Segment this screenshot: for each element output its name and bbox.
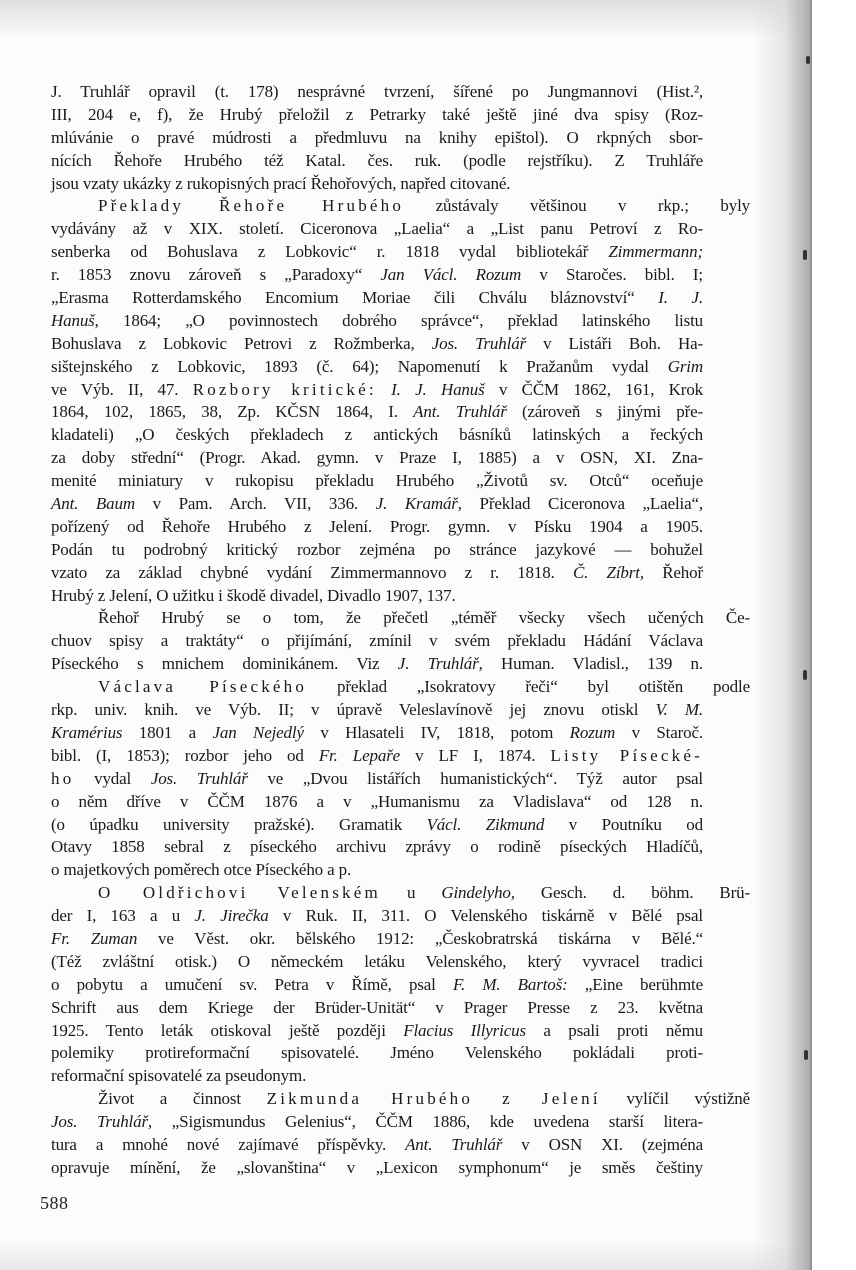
text-line: rkp. univ. knih. ve Výb. II; v úpravě Ve… bbox=[51, 699, 703, 722]
text-line: menité miniatury v rukopisu překladu Hru… bbox=[51, 470, 703, 493]
text-line: kladateli) „O českých překladech z antic… bbox=[51, 424, 703, 447]
text-line: sištejnského z Lobkovic, 1893 (č. 64); N… bbox=[51, 356, 703, 379]
text-segment: kladateli) „O českých překladech z antic… bbox=[51, 425, 703, 444]
text-segment: Píseckého s mnichem dominikánem. Viz bbox=[51, 654, 398, 673]
text-line: Hrubý z Jelení, O užitku i škodě divadel… bbox=[51, 585, 703, 608]
text-line: Schrift aus dem Kriege der Brüder-Unität… bbox=[51, 997, 703, 1020]
text-segment: (zároveň s jinými pře- bbox=[507, 402, 703, 421]
text-line: pořízený od Řehoře Hrubého z Jelení. Pro… bbox=[51, 516, 703, 539]
text-segment: 1925. Tento leták otiskoval ještě pozděj… bbox=[51, 1021, 403, 1040]
text-segment: Human. Vladisl., 139 n. bbox=[483, 654, 703, 673]
italic-citation: Hanuš, bbox=[51, 311, 99, 330]
text-line: opravuje mínění, že „slovanština“ v „Lex… bbox=[51, 1157, 703, 1180]
text-segment: senberka od Bohuslava z Lobkovic“ r. 181… bbox=[51, 242, 608, 261]
text-segment: 1864; „O povinnostech dobrého správce“, … bbox=[99, 311, 703, 330]
text-line: nících Řehoře Hrubého též Katal. čes. ru… bbox=[51, 150, 703, 173]
text-line: ve Výb. II, 47. Rozbory kritické: I. J. … bbox=[51, 379, 703, 402]
text-segment: Podán tu podrobný kritický rozbor zejmén… bbox=[51, 540, 703, 559]
spaced-heading-text: O Oldřichovi Velenském bbox=[98, 883, 381, 902]
italic-citation: J. Truhlář, bbox=[398, 654, 483, 673]
text-segment: v OSN XI. (zejména bbox=[502, 1135, 703, 1154]
text-segment: jsou vzaty ukázky z rukopisných prací Ře… bbox=[51, 174, 510, 193]
text-segment: Otavy 1858 sebral z píseckého archivu zp… bbox=[51, 837, 703, 856]
italic-citation: Jan Václ. Rozum bbox=[380, 265, 521, 284]
italic-citation: I. J. Hanuš bbox=[391, 380, 484, 399]
text-segment: za doby střední“ (Progr. Akad. gymn. v P… bbox=[51, 448, 703, 467]
spaced-heading-text: Zikmunda Hrubého z Jelení bbox=[267, 1089, 601, 1108]
text-segment: v Poutníku od bbox=[544, 815, 703, 834]
italic-citation: Václ. Zikmund bbox=[427, 815, 545, 834]
italic-citation: Fr. Zuman bbox=[51, 929, 137, 948]
text-line: mlúvánie o pravé múdrosti a předmluvu na… bbox=[51, 127, 703, 150]
text-line: ho vydal Jos. Truhlář ve „Dvou listářích… bbox=[51, 768, 703, 791]
italic-citation: J. Jirečka bbox=[194, 906, 268, 925]
text-segment: Bohuslava z Lobkovic Petrovi z Rožmberka… bbox=[51, 334, 432, 353]
text-line: Píseckého s mnichem dominikánem. Viz J. … bbox=[51, 653, 703, 676]
text-line: Podán tu podrobný kritický rozbor zejmén… bbox=[51, 539, 703, 562]
text-line: bibl. (I, 1853); rozbor jeho od Fr. Lepa… bbox=[51, 745, 703, 768]
text-segment: „Sigismundus Gelenius“, ČČM 1886, kde uv… bbox=[152, 1112, 703, 1131]
text-segment: J. Truhlář opravil (t. 178) nesprávné tv… bbox=[51, 82, 703, 101]
text-segment: ve „Dvou listářích humanistických“. Týž … bbox=[248, 769, 703, 788]
text-segment: tura a mnohé nové zajímavé příspěvky. bbox=[51, 1135, 405, 1154]
text-segment: (Též zvláštní otisk.) O německém letáku … bbox=[51, 952, 703, 971]
text-segment: rkp. univ. knih. ve Výb. II; v úpravě Ve… bbox=[51, 700, 656, 719]
italic-citation: Č. Zíbrt, bbox=[573, 563, 644, 582]
paragraph-first-line: Překlady Řehoře Hrubého zůstávaly většin… bbox=[51, 195, 750, 218]
text-segment: překlad „Isokratovy řeči“ byl otištěn po… bbox=[307, 677, 750, 696]
text-line: (o úpadku university pražské). Gramatik … bbox=[51, 814, 703, 837]
text-segment: zůstávaly většinou v rkp.; byly bbox=[404, 196, 750, 215]
text-segment: mlúvánie o pravé múdrosti a předmluvu na… bbox=[51, 128, 703, 147]
italic-citation: I. J. bbox=[658, 288, 703, 307]
scan-speck bbox=[803, 250, 807, 260]
italic-citation: Rozum bbox=[570, 723, 616, 742]
text-segment: Řehoř Hrubý se o tom, že přečetl „téměř … bbox=[98, 608, 750, 627]
text-segment: Překlad Ciceronova „Laelia“, bbox=[462, 494, 703, 513]
scan-speck bbox=[806, 56, 810, 64]
text-line: J. Truhlář opravil (t. 178) nesprávné tv… bbox=[51, 81, 703, 104]
scan-shadow-bottom bbox=[0, 1240, 800, 1270]
scan-speck bbox=[804, 1050, 808, 1060]
text-line: „Erasma Rotterdamského Encomium Moriae č… bbox=[51, 287, 703, 310]
italic-citation: Fr. Lepaře bbox=[319, 746, 400, 765]
text-segment: „Eine berühmte bbox=[568, 975, 703, 994]
text-segment: „Erasma Rotterdamského Encomium Moriae č… bbox=[51, 288, 658, 307]
text-line: vydávány až v XIX. století. Ciceronova „… bbox=[51, 218, 703, 241]
text-segment: Schrift aus dem Kriege der Brüder-Unität… bbox=[51, 998, 703, 1017]
text-segment: Řehoř bbox=[644, 563, 703, 582]
page-number: 588 bbox=[40, 1193, 69, 1214]
text-segment: v Pam. Arch. VII, 336. bbox=[135, 494, 376, 513]
text-segment: polemiky protireformační spisovatelé. Jm… bbox=[51, 1043, 703, 1062]
scan-speck bbox=[803, 670, 807, 680]
text-segment: 1801 a bbox=[122, 723, 212, 742]
italic-citation: Zimmermann; bbox=[608, 242, 703, 261]
text-segment: menité miniatury v rukopisu překladu Hru… bbox=[51, 471, 703, 490]
text-line: Kramérius 1801 a Jan Nejedlý v Hlasateli… bbox=[51, 722, 703, 745]
italic-citation: J. Kramář, bbox=[376, 494, 462, 513]
paragraph-first-line: Život a činnost Zikmunda Hrubého z Jelen… bbox=[51, 1088, 750, 1111]
text-segment: vydávány až v XIX. století. Ciceronova „… bbox=[51, 219, 703, 238]
spaced-heading-text: Václava Píseckého bbox=[98, 677, 307, 696]
spaced-heading-text: Překlady Řehoře Hrubého bbox=[98, 196, 404, 215]
text-segment: vydal bbox=[74, 769, 150, 788]
italic-citation: Jan Nejedlý bbox=[212, 723, 303, 742]
spaced-heading-text: Rozbory kritické: bbox=[193, 380, 377, 399]
text-segment: vylíčil výstižně bbox=[601, 1089, 750, 1108]
text-segment: v Staroč. bbox=[615, 723, 703, 742]
text-segment: sištejnského z Lobkovic, 1893 (č. 64); N… bbox=[51, 357, 668, 376]
text-segment: r. 1853 znovu zároveň s „Paradoxy“ bbox=[51, 265, 380, 284]
text-segment: v Ruk. II, 311. O Velenského tiskárně v … bbox=[269, 906, 703, 925]
italic-citation: Grim bbox=[668, 357, 703, 376]
text-segment: 1864, 102, 1865, 38, Zp. KČSN 1864, I. bbox=[51, 402, 413, 421]
text-segment: Život a činnost bbox=[98, 1089, 267, 1108]
paragraph-first-line: O Oldřichovi Velenském u Gindelyho, Gesc… bbox=[51, 882, 750, 905]
italic-citation: Jos. Truhlář bbox=[432, 334, 526, 353]
scan-margin bbox=[812, 0, 856, 1270]
text-line: polemiky protireformační spisovatelé. Jm… bbox=[51, 1042, 703, 1065]
text-segment: bibl. (I, 1853); rozbor jeho od bbox=[51, 746, 319, 765]
text-line: Fr. Zuman ve Věst. okr. bělského 1912: „… bbox=[51, 928, 703, 951]
text-line: senberka od Bohuslava z Lobkovic“ r. 181… bbox=[51, 241, 703, 264]
text-segment: (o úpadku university pražské). Gramatik bbox=[51, 815, 427, 834]
text-line: r. 1853 znovu zároveň s „Paradoxy“ Jan V… bbox=[51, 264, 703, 287]
text-segment: o pobytu a umučení sv. Petra v Římě, psa… bbox=[51, 975, 453, 994]
text-segment: Hrubý z Jelení, O užitku i škodě divadel… bbox=[51, 586, 456, 605]
text-line: vzato za základ chybné vydání Zimmermann… bbox=[51, 562, 703, 585]
text-segment: opravuje mínění, že „slovanština“ v „Lex… bbox=[51, 1158, 703, 1177]
italic-citation: Flacius Illyricus bbox=[403, 1021, 526, 1040]
text-line: Jos. Truhlář, „Sigismundus Gelenius“, ČČ… bbox=[51, 1111, 703, 1134]
italic-citation: Ant. Truhlář bbox=[413, 402, 507, 421]
text-line: reformační spisovatelé za pseudonym. bbox=[51, 1065, 703, 1088]
text-segment: o majetkových poměrech otce Píseckého a … bbox=[51, 860, 351, 879]
text-segment bbox=[377, 380, 391, 399]
italic-citation: Ant. Baum bbox=[51, 494, 135, 513]
italic-citation: F. M. Bartoš: bbox=[453, 975, 568, 994]
italic-citation: V. M. bbox=[656, 700, 704, 719]
italic-citation: Ant. Truhlář bbox=[405, 1135, 502, 1154]
paragraph-first-line: Václava Píseckého překlad „Isokratovy ře… bbox=[51, 676, 750, 699]
text-segment: vzato za základ chybné vydání Zimmermann… bbox=[51, 563, 573, 582]
text-line: o majetkových poměrech otce Píseckého a … bbox=[51, 859, 703, 882]
text-line: Ant. Baum v Pam. Arch. VII, 336. J. Kram… bbox=[51, 493, 703, 516]
text-segment: v ČČM 1862, 161, Krok bbox=[485, 380, 703, 399]
text-line: der I, 163 a u J. Jirečka v Ruk. II, 311… bbox=[51, 905, 703, 928]
italic-citation: Jos. Truhlář, bbox=[51, 1112, 152, 1131]
text-segment: a psali proti němu bbox=[526, 1021, 703, 1040]
text-line: (Též zvláštní otisk.) O německém letáku … bbox=[51, 951, 703, 974]
spaced-heading-text: ho bbox=[51, 769, 74, 788]
text-segment: Gesch. d. böhm. Brü- bbox=[515, 883, 750, 902]
text-segment: u bbox=[381, 883, 441, 902]
scan-shadow-top bbox=[0, 0, 800, 40]
text-segment: reformační spisovatelé za pseudonym. bbox=[51, 1066, 306, 1085]
text-line: Hanuš, 1864; „O povinnostech dobrého spr… bbox=[51, 310, 703, 333]
book-page: J. Truhlář opravil (t. 178) nesprávné tv… bbox=[0, 0, 856, 1270]
page-curl-shadow bbox=[752, 0, 812, 1270]
text-segment: v Hlasateli IV, 1818, potom bbox=[304, 723, 570, 742]
text-line: za doby střední“ (Progr. Akad. gymn. v P… bbox=[51, 447, 703, 470]
body-text: J. Truhlář opravil (t. 178) nesprávné tv… bbox=[51, 81, 703, 1180]
text-line: 1864, 102, 1865, 38, Zp. KČSN 1864, I. A… bbox=[51, 401, 703, 424]
italic-citation: Jos. Truhlář bbox=[151, 769, 248, 788]
text-line: 1925. Tento leták otiskoval ještě pozděj… bbox=[51, 1020, 703, 1043]
spaced-heading-text: Listy Písecké- bbox=[550, 746, 703, 765]
text-line: Bohuslava z Lobkovic Petrovi z Rožmberka… bbox=[51, 333, 703, 356]
text-segment: o něm dříve v ČČM 1876 a v „Humanismu za… bbox=[51, 792, 703, 811]
text-line: chuov spisy a traktáty“ o přijímání, zmí… bbox=[51, 630, 703, 653]
text-segment: nících Řehoře Hrubého též Katal. čes. ru… bbox=[51, 151, 703, 170]
text-line: Otavy 1858 sebral z píseckého archivu zp… bbox=[51, 836, 703, 859]
text-segment: v LF I, 1874. bbox=[400, 746, 550, 765]
text-line: III, 204 e, f), že Hrubý přeložil z Petr… bbox=[51, 104, 703, 127]
text-segment: ve Věst. okr. bělského 1912: „Českobratr… bbox=[137, 929, 703, 948]
paragraph-first-line: Řehoř Hrubý se o tom, že přečetl „téměř … bbox=[51, 607, 750, 630]
text-segment: III, 204 e, f), že Hrubý přeložil z Petr… bbox=[51, 105, 703, 124]
italic-citation: Gindelyho, bbox=[441, 883, 515, 902]
italic-citation: Kramérius bbox=[51, 723, 122, 742]
text-line: jsou vzaty ukázky z rukopisných prací Ře… bbox=[51, 173, 703, 196]
text-segment: pořízený od Řehoře Hrubého z Jelení. Pro… bbox=[51, 517, 703, 536]
text-line: o pobytu a umučení sv. Petra v Římě, psa… bbox=[51, 974, 703, 997]
text-segment: ve Výb. II, 47. bbox=[51, 380, 193, 399]
text-segment: chuov spisy a traktáty“ o přijímání, zmí… bbox=[51, 631, 703, 650]
text-segment: der I, 163 a u bbox=[51, 906, 194, 925]
text-line: o něm dříve v ČČM 1876 a v „Humanismu za… bbox=[51, 791, 703, 814]
text-segment: v Listáři Boh. Ha- bbox=[526, 334, 703, 353]
text-segment: v Staročes. bibl. I; bbox=[521, 265, 703, 284]
text-line: tura a mnohé nové zajímavé příspěvky. An… bbox=[51, 1134, 703, 1157]
